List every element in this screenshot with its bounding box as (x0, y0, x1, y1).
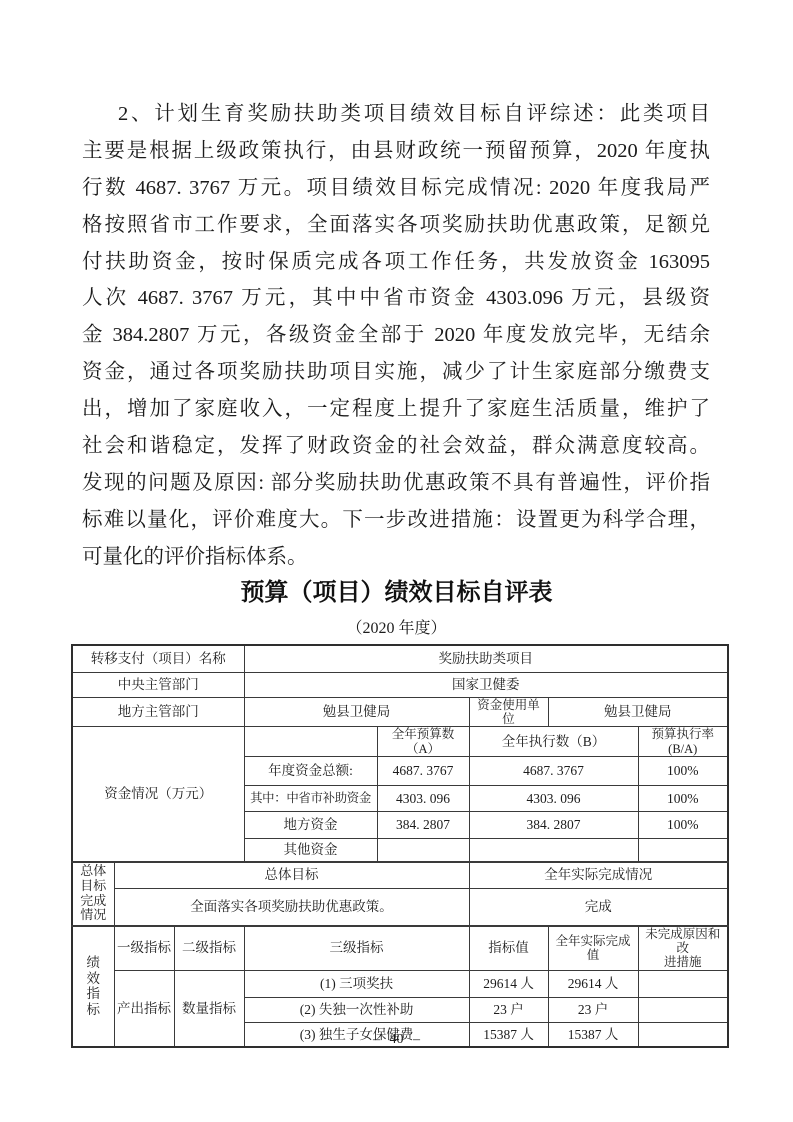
fund-header-empty-cell (244, 727, 377, 757)
paragraph-line: 资金，通过各项奖励扶助项目实施，减少了计生家庭部分缴费支 (82, 354, 710, 391)
table-subtitle: （2020 年度） (0, 618, 793, 640)
perf-l2-header: 二级指标 (174, 926, 244, 971)
overall-goal-text: 全面落实各项奖励扶助优惠政策。 (114, 889, 469, 926)
overall-goal-row: 全面落实各项奖励扶助优惠政策。 完成 (72, 889, 728, 926)
performance-self-evaluation-table: 转移支付（项目）名称 奖励扶助类项目 中央主管部门 国家卫健委 地方主管部门 勉… (71, 644, 729, 1048)
overall-section-label: 总体 目标 完成 情况 (72, 862, 114, 926)
table-row: 地方主管部门 勉县卫健局 资金使用单位 勉县卫健局 (72, 697, 728, 727)
paragraph-line: 发现的问题及原因: 部分奖励扶助优惠政策不具有普遍性，评价指 (82, 465, 710, 502)
fund-header-row: 资金情况（万元） 全年预算数（A） 全年执行数（B） 预算执行率 (B/A) (72, 727, 728, 757)
page-number: – 40 – (0, 1032, 793, 1048)
fund-executed-value: 4303. 096 (469, 786, 638, 812)
fund-executed-value (469, 839, 638, 862)
overall-goal-header: 总体目标 (114, 862, 469, 889)
perf-l3-item: (2) 失独一次性补助 (244, 997, 469, 1022)
fund-user-unit-label: 资金使用单位 (469, 697, 548, 727)
fund-rate-value: 100% (638, 757, 728, 786)
local-department-label: 地方主管部门 (72, 697, 244, 727)
paragraph-line: 金 384.2807 万元，各级资金全部于 2020 年度发放完毕，无结余 (82, 317, 710, 354)
perf-l3-header: 三级指标 (244, 926, 469, 971)
perf-reason-header: 未完成原因和改 进措施 (638, 926, 728, 971)
fund-rate-value (638, 839, 728, 862)
paragraph-line: 2、计划生育奖励扶助类项目绩效目标自评综述：此类项目 (82, 96, 710, 133)
fund-col-rate-header: 预算执行率 (B/A) (638, 727, 728, 757)
paragraph-line: 人次 4687. 3767 万元，其中中省市资金 4303.096 万元，县级资 (82, 280, 710, 317)
perf-l1-header: 一级指标 (114, 926, 174, 971)
self-evaluation-summary-paragraph: 2、计划生育奖励扶助类项目绩效目标自评综述：此类项目 主要是根据上级政策执行，由… (82, 96, 710, 576)
fund-executed-value: 4687. 3767 (469, 757, 638, 786)
overall-actual-header: 全年实际完成情况 (469, 862, 728, 889)
fund-col-budget-header: 全年预算数（A） (377, 727, 469, 757)
central-department-value: 国家卫健委 (244, 672, 728, 697)
perf-reason-value (638, 997, 728, 1022)
perf-value-header: 指标值 (469, 926, 548, 971)
paragraph-line: 格按照省市工作要求，全面落实各项奖励扶助优惠政策，足额兑 (82, 207, 710, 244)
table-title: 预算（项目）绩效目标自评表 (0, 577, 793, 609)
transfer-project-name-value: 奖励扶助类项目 (244, 645, 728, 672)
perf-indicator-row: 产出指标 数量指标 (1) 三项奖扶 29614 人 29614 人 (72, 970, 728, 997)
paragraph-line: 社会和谐稳定，发挥了财政资金的社会效益，群众满意度较高。 (82, 428, 710, 465)
overall-goal-header-row: 总体 目标 完成 情况 总体目标 全年实际完成情况 (72, 862, 728, 889)
paragraph-line: 行数 4687. 3767 万元。项目绩效目标完成情况: 2020 年度我局严 (82, 170, 710, 207)
central-department-label: 中央主管部门 (72, 672, 244, 697)
table-row: 转移支付（项目）名称 奖励扶助类项目 (72, 645, 728, 672)
fund-user-unit-value: 勉县卫健局 (548, 697, 728, 727)
perf-actual-value: 29614 人 (548, 970, 638, 997)
overall-actual-text: 完成 (469, 889, 728, 926)
paragraph-line: 付扶助资金，按时保质完成各项工作任务，共发放资金 163095 (82, 244, 710, 281)
fund-budget-value: 384. 2807 (377, 812, 469, 839)
perf-section-label: 绩 效 指 标 (72, 926, 114, 1048)
fund-executed-value: 384. 2807 (469, 812, 638, 839)
local-department-value: 勉县卫健局 (244, 697, 469, 727)
fund-row-name: 年度资金总额: (244, 757, 377, 786)
fund-section-label: 资金情况（万元） (72, 727, 244, 862)
perf-actual-header: 全年实际完成值 (548, 926, 638, 971)
fund-budget-value (377, 839, 469, 862)
fund-budget-value: 4687. 3767 (377, 757, 469, 786)
perf-header-row: 绩 效 指 标 一级指标 二级指标 三级指标 指标值 全年实际完成值 未完成原因… (72, 926, 728, 971)
perf-actual-value: 23 户 (548, 997, 638, 1022)
fund-row-name: 其他资金 (244, 839, 377, 862)
paragraph-line: 标难以量化，评价难度大。下一步改进措施：设置更为科学合理， (82, 502, 710, 539)
fund-rate-value: 100% (638, 812, 728, 839)
perf-target-value: 29614 人 (469, 970, 548, 997)
fund-rate-value: 100% (638, 786, 728, 812)
document-page: 2、计划生育奖励扶助类项目绩效目标自评综述：此类项目 主要是根据上级政策执行，由… (0, 0, 793, 1122)
paragraph-line: 主要是根据上级政策执行，由县财政统一预留预算，2020 年度执 (82, 133, 710, 170)
perf-l3-item: (1) 三项奖扶 (244, 970, 469, 997)
fund-row-name: 其中：中省市补助资金 (244, 786, 377, 812)
paragraph-line: 出，增加了家庭收入，一定程度上提升了家庭生活质量，维护了 (82, 391, 710, 428)
transfer-project-name-label: 转移支付（项目）名称 (72, 645, 244, 672)
perf-target-value: 23 户 (469, 997, 548, 1022)
perf-reason-value (638, 970, 728, 997)
table-row: 中央主管部门 国家卫健委 (72, 672, 728, 697)
paragraph-line: 可量化的评价指标体系。 (82, 539, 710, 576)
fund-col-executed-header: 全年执行数（B） (469, 727, 638, 757)
fund-row-name: 地方资金 (244, 812, 377, 839)
fund-budget-value: 4303. 096 (377, 786, 469, 812)
